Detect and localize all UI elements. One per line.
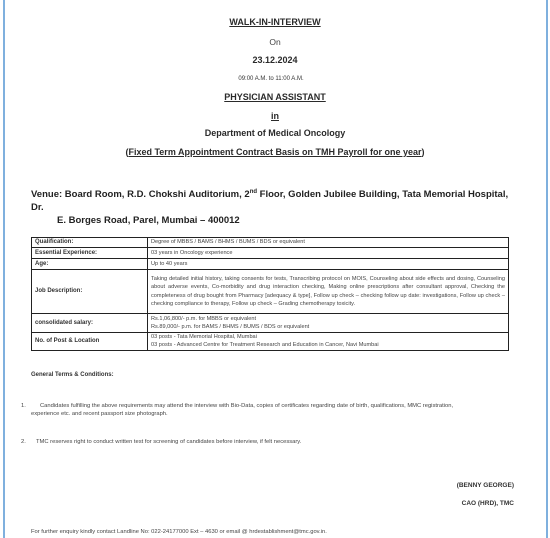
- interview-date: 23.12.2024: [0, 55, 550, 65]
- row-label: consolidated salary:: [32, 314, 148, 333]
- contract-basis: (Fixed Term Appointment Contract Basis o…: [0, 147, 550, 157]
- row-value: Taking detailed initial history, taking …: [148, 270, 509, 314]
- row-value-line: Rs.1,06,800/- p.m. for MBBS or equivalen…: [151, 315, 505, 323]
- in-label: in: [0, 111, 550, 121]
- footer-enquiry: For further enquiry kindly contact Landl…: [31, 529, 327, 535]
- table-row: No. of Post & Location03 posts - Tata Me…: [32, 333, 509, 351]
- terms-title: General Terms & Conditions:: [31, 372, 114, 378]
- row-value-line: Degree of MBBS / BAMS / BHMS / BUMS / BD…: [151, 238, 505, 246]
- row-value-line: Taking detailed initial history, taking …: [151, 275, 505, 309]
- signatory-designation: CAO (HRD), TMC: [462, 500, 514, 507]
- row-value-line: 03 posts - Advanced Centre for Treatment…: [151, 341, 505, 349]
- table-row: Qualification:Degree of MBBS / BAMS / BH…: [32, 238, 509, 248]
- row-value: Up to 40 years: [148, 259, 509, 270]
- signatory-name: (BENNY GEORGE): [457, 482, 514, 489]
- row-label: Job Description:: [32, 270, 148, 314]
- row-label: Qualification:: [32, 238, 148, 248]
- row-value-line: 03 years in Oncology experience: [151, 249, 505, 257]
- row-value: Degree of MBBS / BAMS / BHMS / BUMS / BD…: [148, 238, 509, 248]
- department-name: Department of Medical Oncology: [0, 128, 550, 138]
- table-row: Job Description:Taking detailed initial …: [32, 270, 509, 314]
- venue-line1: Venue: Board Room, R.D. Chokshi Auditori…: [31, 189, 250, 200]
- row-value: 03 years in Oncology experience: [148, 248, 509, 259]
- table-row: Essential Experience:03 years in Oncolog…: [32, 248, 509, 259]
- row-label: No. of Post & Location: [32, 333, 148, 351]
- term-1-number: 1.: [21, 402, 26, 411]
- row-value-line: Rs.89,000/- p.m. for BAMS / BHMS / BUMS …: [151, 323, 505, 331]
- row-value: 03 posts - Tata Memorial Hospital, Mumba…: [148, 333, 509, 351]
- paren-close: ): [422, 147, 425, 157]
- table-row: consolidated salary:Rs.1,06,800/- p.m. f…: [32, 314, 509, 333]
- term-2-number: 2.: [21, 438, 26, 447]
- notice-title: WALK-IN-INTERVIEW: [0, 17, 550, 27]
- details-table: Qualification:Degree of MBBS / BAMS / BH…: [31, 237, 509, 351]
- interview-time: 09:00 A.M. to 11:00 A.M.: [0, 76, 546, 82]
- table-row: Age:Up to 40 years: [32, 259, 509, 270]
- row-value-line: Up to 40 years: [151, 260, 505, 268]
- term-2-text: TMC reserves right to conduct written te…: [36, 438, 301, 447]
- row-label: Age:: [32, 259, 148, 270]
- row-label: Essential Experience:: [32, 248, 148, 259]
- term-1-line2: experience etc. and recent passport size…: [31, 410, 168, 419]
- row-value-line: 03 posts - Tata Memorial Hospital, Mumba…: [151, 333, 505, 341]
- on-label: On: [0, 37, 550, 47]
- venue-line2: E. Borges Road, Parel, Mumbai – 400012: [31, 214, 521, 227]
- venue-sup: nd: [250, 189, 257, 195]
- venue: Venue: Board Room, R.D. Chokshi Auditori…: [31, 186, 521, 227]
- row-value: Rs.1,06,800/- p.m. for MBBS or equivalen…: [148, 314, 509, 333]
- post-title: PHYSICIAN ASSISTANT: [0, 92, 550, 102]
- term-1-line1: Candidates fulfilling the above requirem…: [40, 403, 453, 409]
- contract-basis-text: Fixed Term Appointment Contract Basis on…: [128, 147, 421, 157]
